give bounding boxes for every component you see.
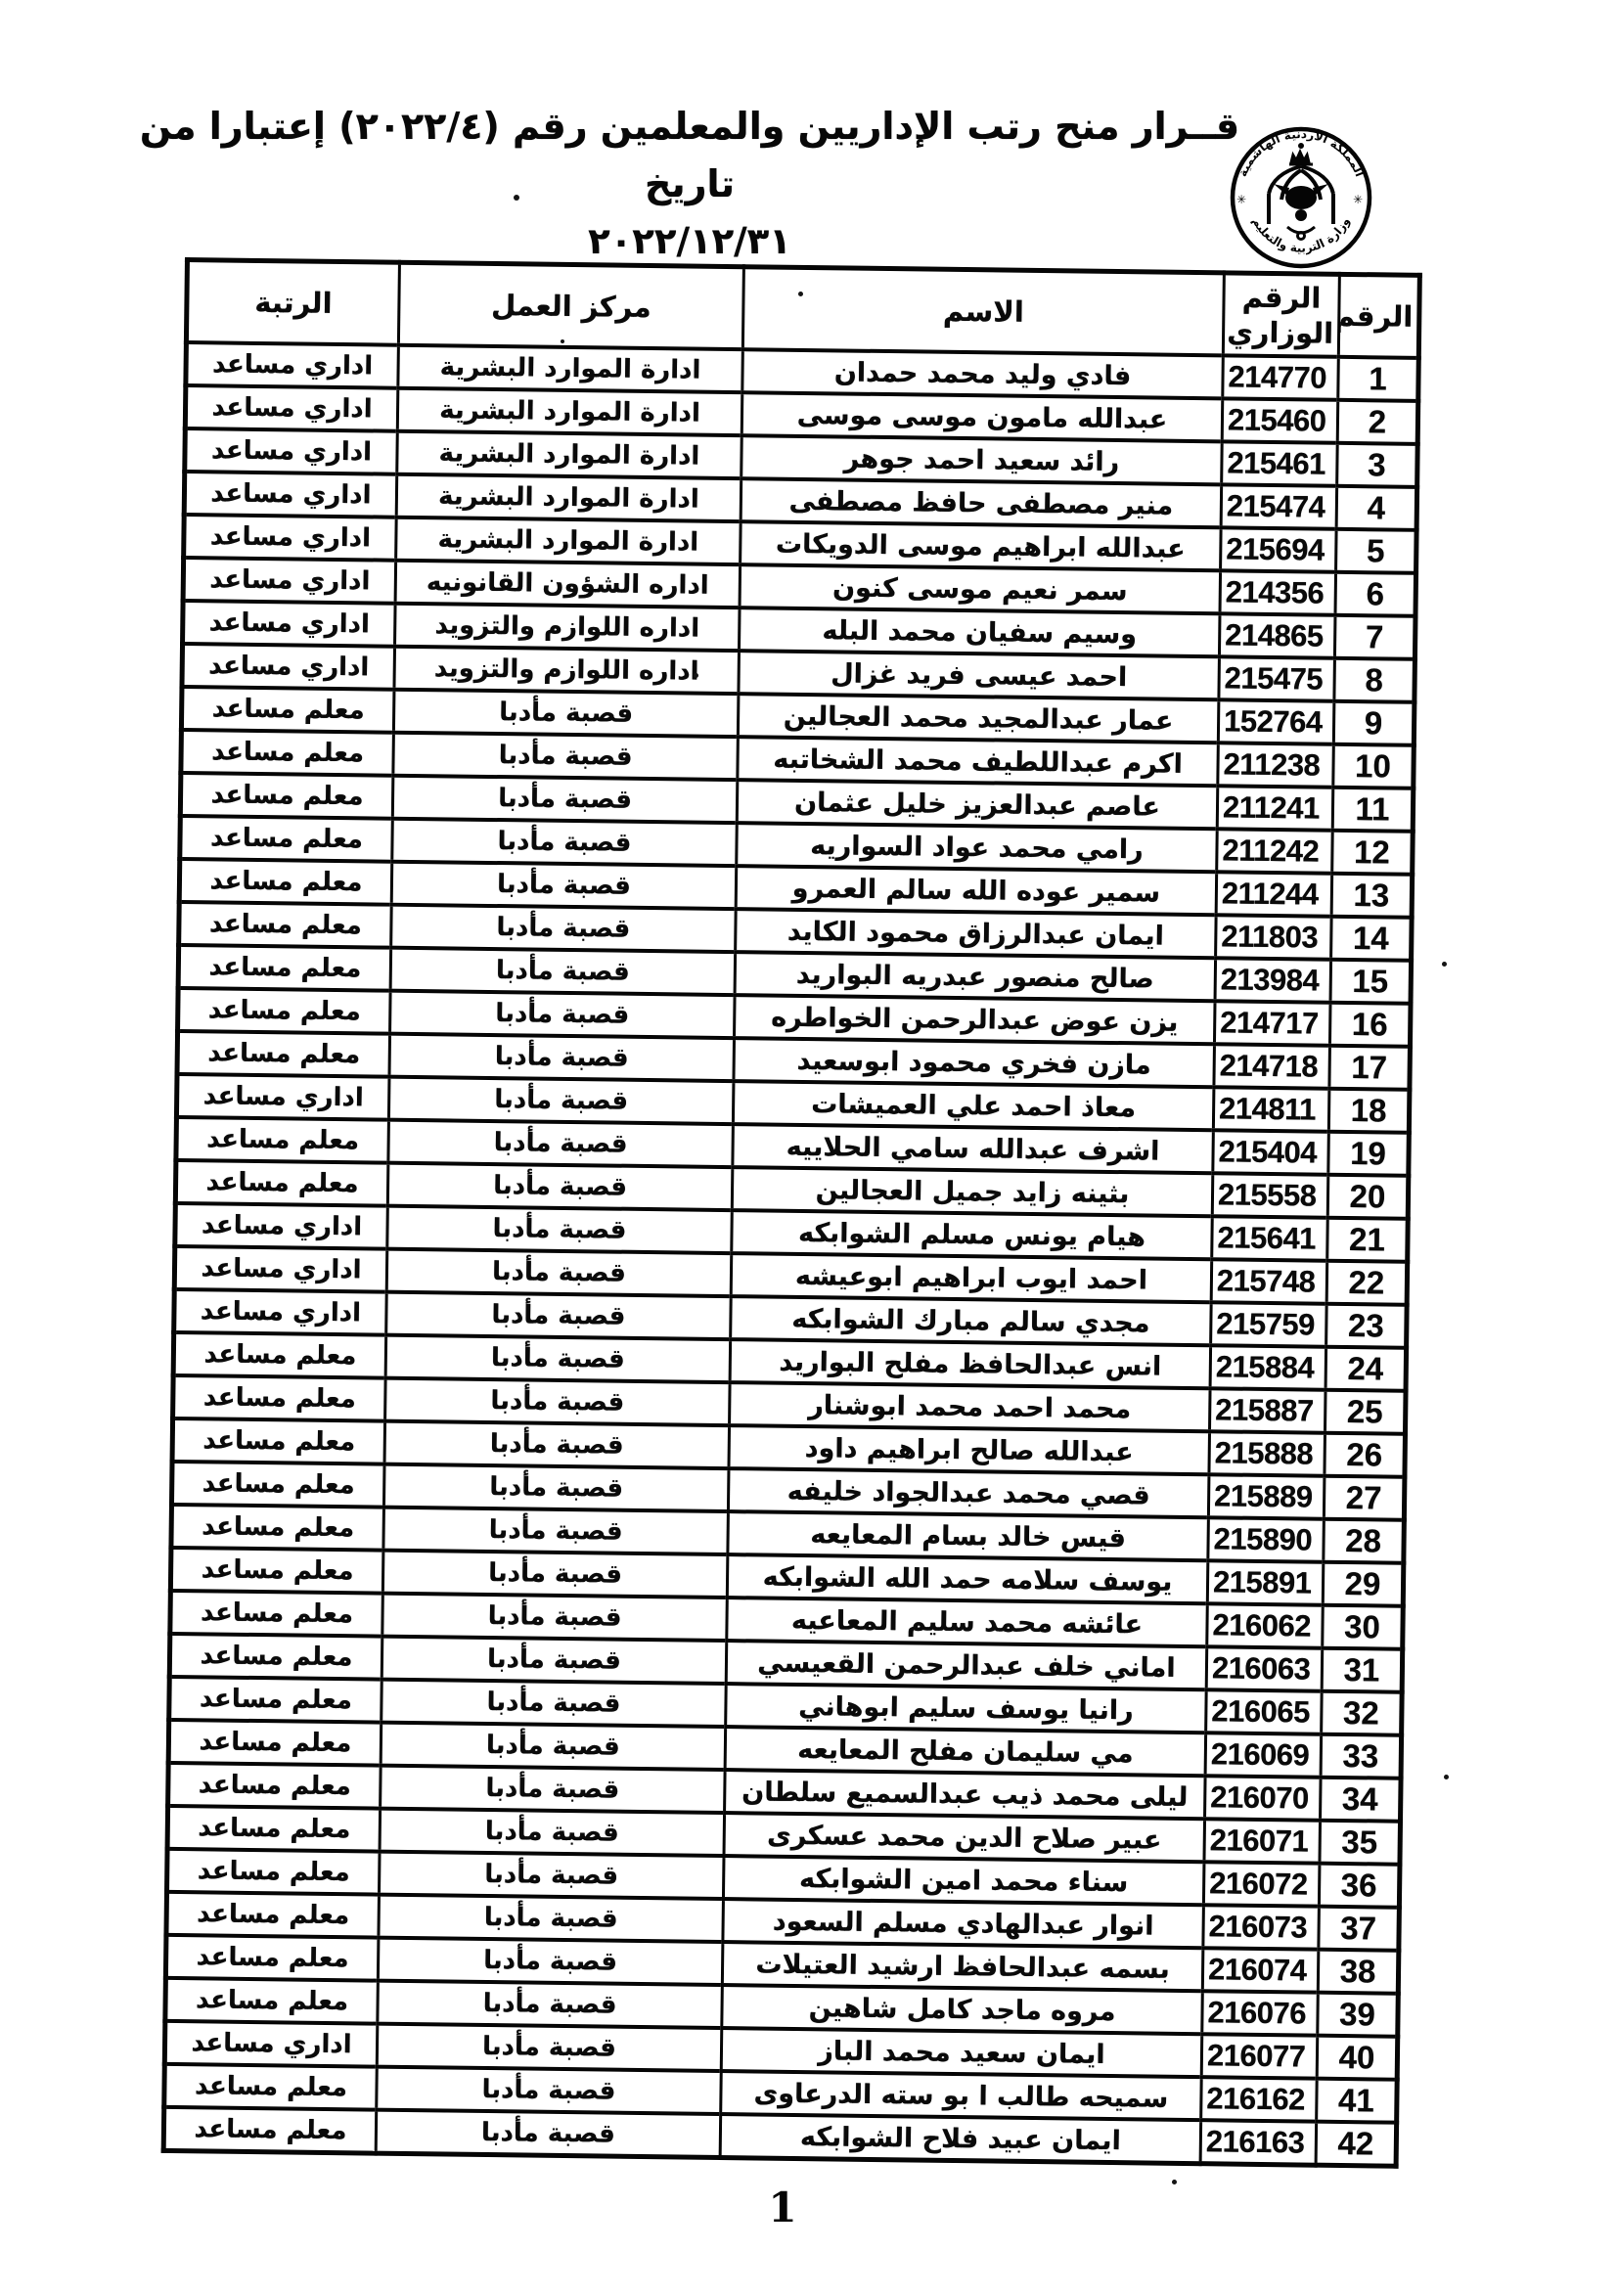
row-number-cell: 31 bbox=[1322, 1648, 1403, 1692]
document-title-line1: قــرار منح رتب الإداريين والمعلمين رقم (… bbox=[132, 98, 1247, 213]
name-cell: سمر نعيم موسى كنون bbox=[740, 564, 1221, 613]
work-center-cell: قصبة مأدبا bbox=[381, 1723, 726, 1770]
work-center-cell: قصبة مأدبا bbox=[393, 733, 739, 780]
scan-speck bbox=[798, 292, 803, 296]
work-center-cell: قصبة مأدبا bbox=[386, 1292, 732, 1339]
rank-cell: اداري مساعد bbox=[164, 2021, 378, 2067]
rank-cell: اداري مساعد bbox=[185, 428, 398, 474]
rank-cell: معلم مساعد bbox=[180, 773, 393, 819]
ministry-number-cell: 215891 bbox=[1207, 1560, 1324, 1604]
row-number-cell: 32 bbox=[1322, 1691, 1403, 1735]
records-table: الرقم الرقم الوزاري الاسم مركز العمل الر… bbox=[161, 257, 1422, 2169]
rank-cell: معلم مساعد bbox=[168, 1763, 382, 1809]
seal-star-right-icon: ✳ bbox=[1353, 193, 1363, 206]
name-cell: رانيا يوسف سليم ابوهاني bbox=[726, 1684, 1207, 1733]
name-cell: عمار عبدالمجيد محمد العجالين bbox=[738, 694, 1219, 743]
header-work-center: مركز العمل bbox=[398, 262, 743, 349]
row-number-cell: 15 bbox=[1330, 960, 1412, 1004]
rank-cell: معلم مساعد bbox=[179, 859, 392, 905]
row-number-cell: 4 bbox=[1336, 486, 1417, 530]
name-cell: اماني خلف عبدالرحمن القعيسي bbox=[726, 1641, 1207, 1689]
records-body: 1 214770 فادي وليد محمد حمدان ادارة المو… bbox=[163, 342, 1418, 2166]
ministry-number-cell: 215748 bbox=[1211, 1259, 1327, 1303]
name-cell: مازن فخري محمود ابوسعيد bbox=[734, 1038, 1215, 1087]
ministry-number-cell: 215475 bbox=[1219, 656, 1335, 700]
ministry-number-cell: 216074 bbox=[1202, 1948, 1319, 1992]
name-cell: احمد ايوب ابراهيم ابوعيشه bbox=[731, 1253, 1212, 1302]
name-cell: مجدي سالم مبارك الشوابكه bbox=[731, 1296, 1212, 1345]
name-cell: سميحه طالب ا بو سته الدرعاوى bbox=[721, 2071, 1202, 2120]
row-number-cell: 18 bbox=[1328, 1089, 1410, 1133]
work-center-cell: قصبة مأدبا bbox=[383, 1508, 729, 1554]
row-number-cell: 25 bbox=[1325, 1390, 1406, 1434]
name-cell: ايمان سعيد محمد الباز bbox=[721, 2028, 1202, 2077]
ministry-seal-logo: المملكة الأردنية الهاشمية وزارة التربية … bbox=[1229, 125, 1373, 270]
row-number-cell: 10 bbox=[1333, 744, 1415, 788]
page-number: 1 bbox=[753, 2183, 812, 2231]
row-number-cell: 42 bbox=[1316, 2122, 1397, 2167]
records-table-wrap: الرقم الرقم الوزاري الاسم مركز العمل الر… bbox=[161, 257, 1419, 2169]
work-center-cell: قصبة مأدبا bbox=[385, 1378, 731, 1425]
ministry-number-cell: 214718 bbox=[1214, 1044, 1330, 1088]
header-rank: الرتبة bbox=[186, 260, 399, 345]
ministry-number-cell: 215884 bbox=[1210, 1345, 1326, 1389]
name-cell: محمد احمد محمد ابوشنار bbox=[730, 1382, 1211, 1431]
work-center-cell: قصبة مأدبا bbox=[391, 905, 737, 952]
rank-cell: معلم مساعد bbox=[177, 1031, 390, 1077]
rank-cell: معلم مساعد bbox=[175, 1160, 388, 1206]
rank-cell: معلم مساعد bbox=[181, 730, 394, 776]
name-cell: ايمان عبيد فلاح الشوابكه bbox=[720, 2114, 1201, 2164]
name-cell: سمير عوده الله سالم العمرو bbox=[736, 866, 1217, 915]
row-number-cell: 19 bbox=[1328, 1132, 1410, 1176]
ministry-number-cell: 214865 bbox=[1219, 613, 1335, 657]
scan-speck bbox=[1172, 2180, 1177, 2184]
ministry-number-cell: 214356 bbox=[1220, 570, 1336, 614]
rank-cell: معلم مساعد bbox=[168, 1720, 382, 1766]
ministry-number-cell: 215889 bbox=[1208, 1474, 1325, 1518]
ministry-number-cell: 215461 bbox=[1222, 441, 1338, 485]
rank-cell: معلم مساعد bbox=[170, 1591, 383, 1637]
rank-cell: معلم مساعد bbox=[180, 816, 393, 862]
name-cell: عاصم عبدالعزيز خليل عثمان bbox=[737, 780, 1218, 829]
scan-speck bbox=[1442, 962, 1447, 967]
row-number-cell: 35 bbox=[1320, 1821, 1401, 1865]
row-number-cell: 17 bbox=[1329, 1046, 1411, 1090]
ministry-number-cell: 216062 bbox=[1207, 1603, 1324, 1647]
rank-cell: معلم مساعد bbox=[166, 1892, 380, 1938]
work-center-cell: قصبة مأدبا bbox=[387, 1206, 733, 1253]
work-center-cell: قصبة مأدبا bbox=[391, 862, 737, 909]
work-center-cell: قصبة مأدبا bbox=[390, 991, 736, 1038]
name-cell: ايمان عبدالرزاق محمود الكايد bbox=[736, 909, 1217, 958]
rank-cell: اداري مساعد bbox=[176, 1074, 389, 1120]
work-center-cell: قصبة مأدبا bbox=[382, 1594, 728, 1641]
rank-cell: اداري مساعد bbox=[183, 558, 396, 604]
rank-cell: معلم مساعد bbox=[167, 1806, 381, 1852]
work-center-cell: اداره اللوازم والتزويد bbox=[394, 647, 740, 694]
name-cell: مروه ماجد كامل شاهين bbox=[722, 1985, 1203, 2034]
work-center-cell: ادارة الموارد البشرية bbox=[397, 431, 742, 478]
rank-cell: اداري مساعد bbox=[186, 342, 399, 388]
name-cell: صالح منصور عبدريه البواريد bbox=[735, 952, 1216, 1001]
row-number-cell: 36 bbox=[1319, 1864, 1400, 1908]
ministry-number-cell: 216071 bbox=[1204, 1819, 1321, 1863]
ministry-number-cell: 211238 bbox=[1218, 743, 1334, 787]
ministry-number-cell: 216069 bbox=[1205, 1733, 1322, 1777]
ministry-number-cell: 216063 bbox=[1206, 1646, 1323, 1690]
row-number-cell: 2 bbox=[1337, 400, 1418, 444]
work-center-cell: قصبة مأدبا bbox=[378, 1981, 723, 2028]
name-cell: سناء محمد امين الشوابكه bbox=[723, 1856, 1204, 1905]
rank-cell: اداري مساعد bbox=[175, 1203, 388, 1249]
name-cell: احمد عيسى فريد غزال bbox=[739, 651, 1220, 699]
rank-cell: اداري مساعد bbox=[174, 1246, 387, 1292]
rank-cell: معلم مساعد bbox=[169, 1634, 382, 1680]
name-cell: بسمه عبدالحافظ ارشيد العتيلات bbox=[722, 1942, 1203, 1991]
rank-cell: معلم مساعد bbox=[171, 1462, 384, 1508]
ministry-number-cell: 214811 bbox=[1213, 1087, 1329, 1131]
rank-cell: معلم مساعد bbox=[167, 1849, 381, 1895]
rank-cell: معلم مساعد bbox=[163, 2107, 377, 2153]
ministry-number-cell: 216076 bbox=[1202, 1991, 1319, 2035]
row-number-cell: 30 bbox=[1323, 1605, 1404, 1649]
work-center-cell: قصبة مأدبا bbox=[385, 1335, 731, 1382]
header-number: الرقم bbox=[1338, 274, 1419, 358]
ministry-number-cell: 215404 bbox=[1213, 1130, 1329, 1174]
row-number-cell: 16 bbox=[1329, 1003, 1411, 1047]
name-cell: قيس خالد بسام المعايعه bbox=[728, 1511, 1209, 1560]
header-ministry-number: الرقم الوزاري bbox=[1223, 273, 1339, 357]
document-title: قــرار منح رتب الإداريين والمعلمين رقم (… bbox=[132, 98, 1247, 269]
rank-cell: معلم مساعد bbox=[173, 1332, 386, 1378]
name-cell: عبدالله مامون موسى موسى bbox=[741, 392, 1223, 441]
row-number-cell: 28 bbox=[1324, 1519, 1405, 1563]
work-center-cell: ادارة الموارد البشرية bbox=[398, 345, 743, 392]
row-number-cell: 40 bbox=[1317, 2036, 1398, 2080]
row-number-cell: 5 bbox=[1336, 529, 1417, 573]
name-cell: اكرم عبداللطيف محمد الشخاتبه bbox=[738, 737, 1219, 786]
name-cell: يزن عوض عبدالرحمن الخواطره bbox=[735, 995, 1216, 1044]
ministry-number-cell: 214717 bbox=[1214, 1001, 1330, 1045]
work-center-cell: قصبة مأدبا bbox=[387, 1163, 733, 1210]
seal-star-left-icon: ✳ bbox=[1236, 193, 1246, 206]
work-center-cell: قصبة مأدبا bbox=[382, 1551, 728, 1598]
work-center-cell: قصبة مأدبا bbox=[393, 690, 739, 737]
row-number-cell: 14 bbox=[1331, 917, 1413, 961]
name-cell: انوار عبدالهادي مسلم السعود bbox=[723, 1899, 1204, 1948]
row-number-cell: 1 bbox=[1338, 357, 1419, 401]
ministry-number-cell: 215460 bbox=[1222, 398, 1338, 442]
rank-cell: معلم مساعد bbox=[179, 902, 392, 948]
work-center-cell: قصبة مأدبا bbox=[392, 819, 738, 866]
work-center-cell: قصبة مأدبا bbox=[382, 1637, 727, 1684]
ministry-number-cell: 216163 bbox=[1200, 2120, 1317, 2165]
row-number-cell: 22 bbox=[1326, 1261, 1408, 1305]
work-center-cell: قصبة مأدبا bbox=[382, 1680, 727, 1727]
work-center-cell: قصبة مأدبا bbox=[379, 1852, 724, 1899]
work-center-cell: قصبة مأدبا bbox=[379, 1895, 724, 1942]
work-center-cell: قصبة مأدبا bbox=[377, 2024, 722, 2071]
work-center-cell: ادارة الموارد البشرية bbox=[396, 518, 741, 564]
name-cell: ليلى محمد ذيب عبدالسميع سلطان bbox=[725, 1770, 1206, 1819]
work-center-cell: قصبة مأدبا bbox=[388, 1077, 734, 1124]
name-cell: منير مصطفى حافظ مصطفى bbox=[741, 478, 1222, 527]
work-center-cell: قصبة مأدبا bbox=[390, 948, 736, 995]
name-cell: بثينه زايد جميل العجالين bbox=[732, 1167, 1213, 1216]
rank-cell: اداري مساعد bbox=[182, 644, 395, 690]
ministry-number-cell: 215890 bbox=[1208, 1517, 1325, 1561]
ministry-number-cell: 216073 bbox=[1203, 1905, 1320, 1949]
ministry-number-cell: 215887 bbox=[1210, 1388, 1326, 1432]
work-center-cell: قصبة مأدبا bbox=[378, 1938, 723, 1985]
ministry-number-cell: 215759 bbox=[1211, 1302, 1327, 1346]
ministry-number-cell: 215474 bbox=[1221, 484, 1337, 528]
name-cell: اشرف عبدالله سامي الحلاييه bbox=[733, 1124, 1214, 1173]
name-cell: فادي وليد محمد حمدان bbox=[742, 349, 1224, 398]
rank-cell: اداري مساعد bbox=[183, 601, 396, 647]
name-cell: وسيم سفيان محمد البله bbox=[739, 608, 1220, 656]
ministry-number-cell: 152764 bbox=[1218, 699, 1334, 743]
ministry-number-cell: 215641 bbox=[1212, 1216, 1328, 1260]
work-center-cell: قصبة مأدبا bbox=[388, 1120, 734, 1167]
work-center-cell: ادارة الموارد البشرية bbox=[396, 474, 741, 521]
rank-cell: معلم مساعد bbox=[172, 1418, 385, 1464]
rank-cell: معلم مساعد bbox=[178, 945, 391, 991]
header-row: الرقم الرقم الوزاري الاسم مركز العمل الر… bbox=[186, 260, 1419, 358]
work-center-cell: قصبة مأدبا bbox=[381, 1766, 726, 1813]
row-number-cell: 34 bbox=[1321, 1778, 1402, 1822]
row-number-cell: 7 bbox=[1334, 615, 1415, 659]
row-number-cell: 38 bbox=[1318, 1950, 1399, 1994]
row-number-cell: 12 bbox=[1332, 831, 1414, 875]
ministry-number-cell: 216070 bbox=[1205, 1776, 1322, 1820]
ministry-number-cell: 216072 bbox=[1203, 1862, 1320, 1906]
scanned-document-page: قــرار منح رتب الإداريين والمعلمين رقم (… bbox=[0, 0, 1617, 2296]
name-cell: معاذ احمد علي العميشات bbox=[733, 1081, 1214, 1130]
row-number-cell: 26 bbox=[1325, 1433, 1406, 1477]
work-center-cell: قصبة مأدبا bbox=[380, 1809, 725, 1856]
work-center-cell: قصبة مأدبا bbox=[376, 2110, 721, 2158]
row-number-cell: 39 bbox=[1318, 1993, 1399, 2037]
scan-speck bbox=[561, 339, 564, 343]
rank-cell: معلم مساعد bbox=[181, 687, 394, 733]
rank-cell: معلم مساعد bbox=[165, 1978, 379, 2024]
work-center-cell: قصبة مأدبا bbox=[384, 1421, 730, 1468]
rank-cell: معلم مساعد bbox=[178, 988, 391, 1034]
name-cell: مي سليمان مفلح المعايعه bbox=[725, 1727, 1206, 1776]
rank-cell: اداري مساعد bbox=[185, 385, 398, 431]
rank-cell: اداري مساعد bbox=[184, 515, 397, 561]
seal-wreath-icon bbox=[1287, 227, 1315, 240]
work-center-cell: اداره الشؤون القانونيه bbox=[395, 561, 741, 608]
row-number-cell: 9 bbox=[1333, 701, 1415, 745]
rank-cell: معلم مساعد bbox=[169, 1677, 382, 1723]
name-cell: انس عبدالحافظ مفلح البواريد bbox=[730, 1339, 1211, 1388]
name-cell: رامي محمد عواد السواريه bbox=[737, 823, 1218, 872]
ministry-number-cell: 215694 bbox=[1221, 527, 1337, 571]
ministry-number-cell: 214770 bbox=[1223, 355, 1339, 399]
header-ministry-number-line2: الوزاري bbox=[1229, 314, 1333, 351]
name-cell: عائشه محمد سليم المعاعيه bbox=[727, 1598, 1208, 1646]
row-number-cell: 29 bbox=[1323, 1562, 1404, 1606]
header-ministry-number-line1: الرقم bbox=[1229, 279, 1333, 316]
row-number-cell: 23 bbox=[1326, 1304, 1408, 1348]
row-number-cell: 37 bbox=[1319, 1907, 1400, 1951]
row-number-cell: 41 bbox=[1317, 2079, 1398, 2123]
work-center-cell: قصبة مأدبا bbox=[389, 1034, 735, 1081]
row-number-cell: 21 bbox=[1327, 1218, 1409, 1262]
records-header: الرقم الرقم الوزاري الاسم مركز العمل الر… bbox=[186, 260, 1419, 358]
row-number-cell: 11 bbox=[1332, 788, 1414, 832]
row-number-cell: 24 bbox=[1325, 1347, 1407, 1391]
work-center-cell: قصبة مأدبا bbox=[386, 1249, 732, 1296]
ministry-number-cell: 216065 bbox=[1206, 1689, 1323, 1733]
rank-cell: معلم مساعد bbox=[171, 1505, 384, 1551]
name-cell: هيام يونس مسلم الشوابكه bbox=[732, 1210, 1213, 1259]
scan-speck bbox=[694, 673, 698, 678]
row-number-cell: 20 bbox=[1327, 1175, 1409, 1219]
seal-eagle-icon bbox=[1274, 184, 1328, 221]
rank-cell: معلم مساعد bbox=[164, 2064, 378, 2110]
ministry-number-cell: 213984 bbox=[1215, 958, 1331, 1002]
work-center-cell: قصبة مأدبا bbox=[392, 776, 738, 823]
ministry-number-cell: 215558 bbox=[1212, 1173, 1328, 1217]
row-number-cell: 27 bbox=[1324, 1476, 1405, 1520]
scan-speck bbox=[514, 195, 519, 201]
row-number-cell: 8 bbox=[1334, 658, 1415, 702]
ministry-number-cell: 211242 bbox=[1217, 829, 1333, 873]
ministry-number-cell: 216077 bbox=[1201, 2034, 1318, 2078]
rank-cell: معلم مساعد bbox=[165, 1935, 379, 1981]
name-cell: قصي محمد عبدالجواد خليفه bbox=[728, 1468, 1209, 1517]
name-cell: عبير صلاح الدين محمد عسكرى bbox=[724, 1813, 1205, 1862]
seal-crown-icon bbox=[1289, 144, 1313, 165]
name-cell: يوسف سلامه حمد الله الشوابكه bbox=[727, 1554, 1208, 1603]
rank-cell: معلم مساعد bbox=[173, 1375, 386, 1421]
row-number-cell: 33 bbox=[1321, 1734, 1402, 1778]
row-number-cell: 6 bbox=[1335, 572, 1416, 616]
rank-cell: معلم مساعد bbox=[176, 1117, 389, 1163]
work-center-cell: اداره اللوازم والتزويد bbox=[395, 604, 741, 651]
scan-speck bbox=[1444, 1775, 1449, 1779]
rank-cell: معلم مساعد bbox=[170, 1548, 383, 1594]
work-center-cell: قصبة مأدبا bbox=[383, 1464, 729, 1511]
row-number-cell: 3 bbox=[1337, 443, 1418, 487]
name-cell: رائد سعيد احمد جوهر bbox=[741, 435, 1223, 484]
work-center-cell: قصبة مأدبا bbox=[377, 2067, 722, 2114]
ministry-number-cell: 211244 bbox=[1216, 872, 1332, 916]
work-center-cell: ادارة الموارد البشرية bbox=[397, 388, 742, 435]
name-cell: عبدالله صالح ابراهيم داود bbox=[729, 1425, 1210, 1474]
ministry-number-cell: 216162 bbox=[1201, 2077, 1318, 2121]
row-number-cell: 13 bbox=[1331, 874, 1413, 918]
ministry-number-cell: 211241 bbox=[1217, 786, 1333, 830]
name-cell: عبدالله ابراهيم موسى الدويكات bbox=[741, 521, 1222, 570]
header-name: الاسم bbox=[742, 267, 1224, 356]
ministry-number-cell: 211803 bbox=[1216, 915, 1332, 959]
rank-cell: اداري مساعد bbox=[174, 1289, 387, 1335]
rank-cell: اداري مساعد bbox=[184, 472, 397, 518]
ministry-number-cell: 215888 bbox=[1209, 1431, 1325, 1475]
